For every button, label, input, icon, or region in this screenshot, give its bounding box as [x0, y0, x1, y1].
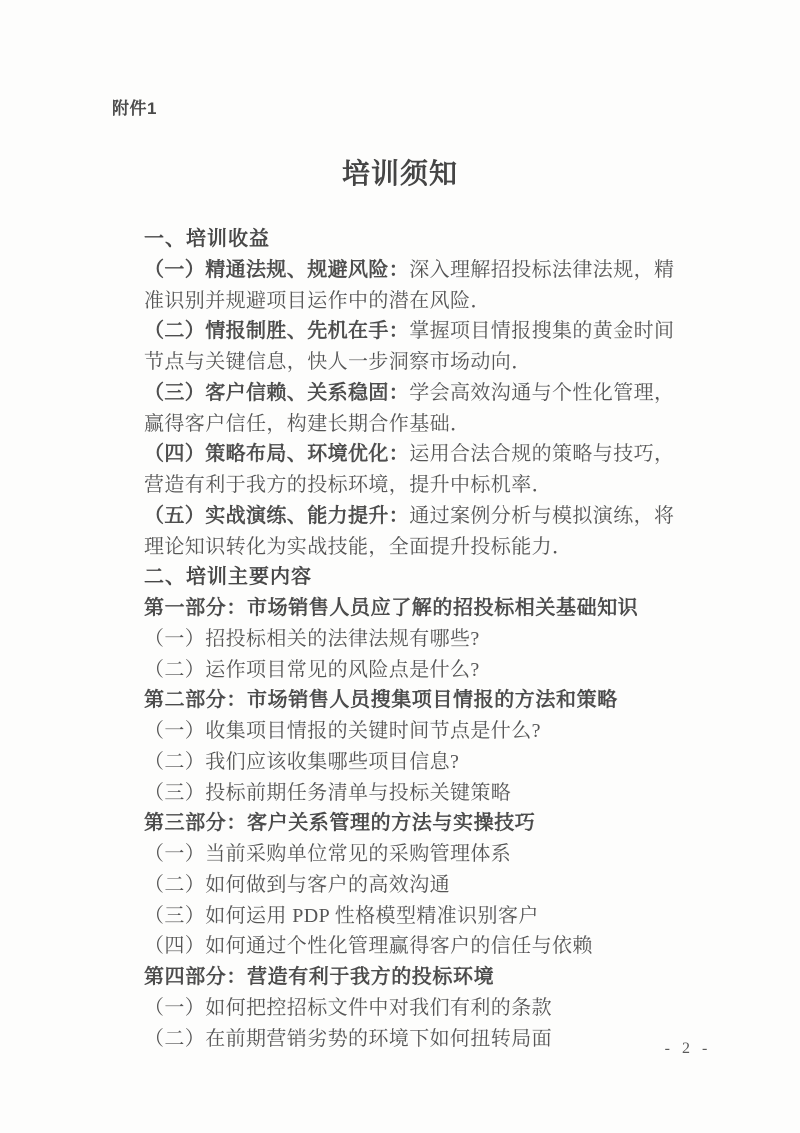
attachment-label: 附件1 [112, 94, 157, 119]
line-text: （二）运作项目常见的风险点是什么? [144, 659, 480, 681]
line-text: （一）收集项目情报的关键时间节点是什么? [144, 720, 541, 742]
doc-line: （三）如何运用 PDP 性格模型精准识别客户 [144, 901, 684, 932]
doc-line: 一、培训收益 [144, 224, 684, 255]
line-text: （二）我们应该收集哪些项目信息? [144, 751, 459, 773]
doc-line: （三）投标前期任务清单与投标关键策略 [144, 778, 684, 809]
doc-line: （二）在前期营销劣势的环境下如何扭转局面 [144, 1024, 684, 1055]
doc-line: 第二部分：市场销售人员搜集项目情报的方法和策略 [144, 685, 684, 716]
line-text: 节点与关键信息，快人一步洞察市场动向． [144, 351, 532, 373]
doc-line: （一）精通法规、规避风险：深入理解招投标法律法规，精 [144, 255, 684, 286]
doc-line: 理论知识转化为实战技能，全面提升投标能力． [144, 532, 684, 563]
line-text: 第一部分：市场销售人员应了解的招投标相关基础知识 [144, 597, 638, 619]
doc-line: 第三部分：客户关系管理的方法与实操技巧 [144, 808, 684, 839]
document-body: 一、培训收益（一）精通法规、规避风险：深入理解招投标法律法规，精准识别并规避项目… [144, 224, 684, 1054]
line-text: 深入理解招投标法律法规，精 [409, 259, 674, 281]
doc-line: （一）收集项目情报的关键时间节点是什么? [144, 716, 684, 747]
line-text: （二）在前期营销劣势的环境下如何扭转局面 [144, 1028, 552, 1050]
line-text: 第四部分：营造有利于我方的投标环境 [144, 966, 494, 988]
line-text: （一）招投标相关的法律法规有哪些? [144, 628, 480, 650]
line-text: 理论知识转化为实战技能，全面提升投标能力． [144, 536, 572, 558]
line-lead: （五）实战演练、能力提升： [144, 505, 409, 527]
line-text: 学会高效沟通与个性化管理， [409, 382, 674, 404]
doc-line: （五）实战演练、能力提升：通过案例分析与模拟演练，将 [144, 501, 684, 532]
line-text: （四）如何通过个性化管理赢得客户的信任与依赖 [144, 935, 593, 957]
doc-line: （二）运作项目常见的风险点是什么? [144, 655, 684, 686]
doc-line: （二）情报制胜、先机在手：掌握项目情报搜集的黄金时间 [144, 316, 684, 347]
line-text: （三）投标前期任务清单与投标关键策略 [144, 782, 511, 804]
line-text: 运用合法合规的策略与技巧， [409, 443, 674, 465]
doc-line: （一）当前采购单位常见的采购管理体系 [144, 839, 684, 870]
line-lead: （四）策略布局、环境优化： [144, 443, 409, 465]
line-lead: （三）客户信赖、关系稳固： [144, 382, 409, 404]
doc-line: 第一部分：市场销售人员应了解的招投标相关基础知识 [144, 593, 684, 624]
line-text: 营造有利于我方的投标环境，提升中标机率． [144, 474, 552, 496]
doc-line: （四）策略布局、环境优化：运用合法合规的策略与技巧， [144, 439, 684, 470]
doc-line: （一）如何把控招标文件中对我们有利的条款 [144, 993, 684, 1024]
doc-line: 营造有利于我方的投标环境，提升中标机率． [144, 470, 684, 501]
doc-line: （一）招投标相关的法律法规有哪些? [144, 624, 684, 655]
line-text: 第二部分：市场销售人员搜集项目情报的方法和策略 [144, 689, 618, 711]
line-text: （一）如何把控招标文件中对我们有利的条款 [144, 997, 552, 1019]
doc-line: 节点与关键信息，快人一步洞察市场动向． [144, 347, 684, 378]
doc-line: （二）我们应该收集哪些项目信息? [144, 747, 684, 778]
page-title: 培训须知 [0, 152, 800, 192]
doc-line: （二）如何做到与客户的高效沟通 [144, 870, 684, 901]
doc-line: 准识别并规避项目运作中的潜在风险． [144, 286, 684, 317]
line-text: 赢得客户信任，构建长期合作基础． [144, 413, 470, 435]
line-text: 准识别并规避项目运作中的潜在风险． [144, 290, 491, 312]
line-text: 一、培训收益 [144, 228, 270, 250]
doc-line: 第四部分：营造有利于我方的投标环境 [144, 962, 684, 993]
line-text: 第三部分：客户关系管理的方法与实操技巧 [144, 812, 535, 834]
line-text: 掌握项目情报搜集的黄金时间 [409, 320, 674, 342]
page-number: - 2 - [648, 1040, 728, 1058]
line-text: （二）如何做到与客户的高效沟通 [144, 874, 450, 896]
line-text: （三）如何运用 PDP 性格模型精准识别客户 [144, 905, 539, 927]
line-lead: （二）情报制胜、先机在手： [144, 320, 409, 342]
line-lead: （一）精通法规、规避风险： [144, 259, 409, 281]
doc-line: （四）如何通过个性化管理赢得客户的信任与依赖 [144, 931, 684, 962]
scanned-document-page: 附件1 培训须知 一、培训收益（一）精通法规、规避风险：深入理解招投标法律法规，… [0, 0, 800, 1133]
line-text: 二、培训主要内容 [144, 566, 312, 588]
line-text: （一）当前采购单位常见的采购管理体系 [144, 843, 511, 865]
line-text: 通过案例分析与模拟演练，将 [409, 505, 674, 527]
doc-line: 二、培训主要内容 [144, 562, 684, 593]
doc-line: 赢得客户信任，构建长期合作基础． [144, 409, 684, 440]
doc-line: （三）客户信赖、关系稳固：学会高效沟通与个性化管理， [144, 378, 684, 409]
